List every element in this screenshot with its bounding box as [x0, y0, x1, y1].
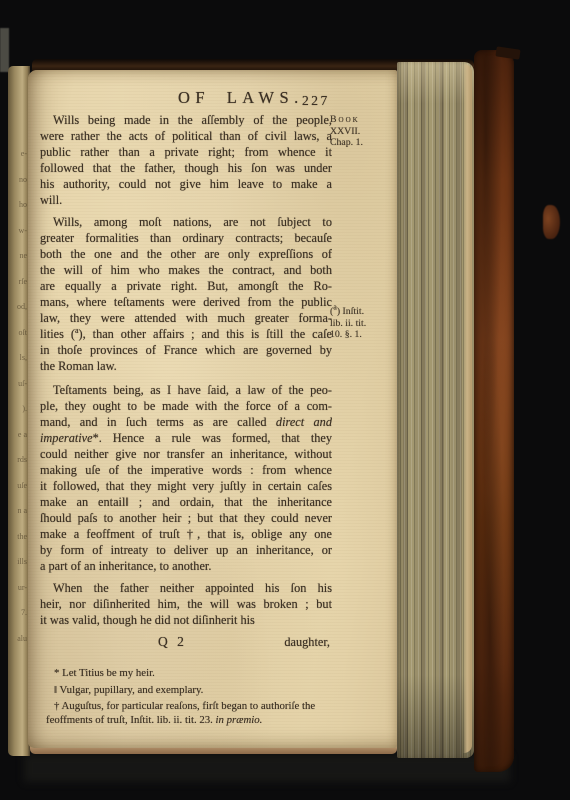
text-line: are equally a private right. But, amongſ… [40, 278, 332, 294]
text-line: his authority, could not give him leave … [40, 176, 332, 192]
paragraph: Wills being made in the aſſembly of the … [40, 112, 332, 208]
text-line: were rather the acts of political than o… [40, 128, 332, 144]
facing-page-text-fragment: uſ- [18, 380, 27, 388]
facing-page-text-fragment: uſe [17, 482, 27, 490]
text-line: imperative*. Hence a rule was formed, th… [40, 430, 332, 446]
facing-page-text-fragment: oſt [19, 329, 27, 337]
running-header-title: OF LAWS. [178, 90, 304, 106]
facing-page-text-fragment: ills [17, 558, 27, 566]
paragraph: When the father neither appointed his ſo… [40, 580, 332, 628]
text-line: followed that the father, though his ſon… [40, 160, 332, 176]
text-line: the will of him who makes the contract, … [40, 262, 332, 278]
book-bottom-shadow [24, 754, 510, 782]
text-line: make a feoffment of truſt †, that is, ob… [40, 526, 332, 542]
leather-cover [474, 50, 514, 772]
margin-note-line: 10. §. 1. [330, 329, 396, 341]
facing-page-text-fragment: ho [19, 201, 27, 209]
footnote-line: * Let Titius be my heir. [46, 667, 334, 681]
footnote-line: † Auguſtus, for particular reaſons, firſ… [46, 700, 334, 714]
text-line: greater formalities than ordinary contra… [40, 230, 332, 246]
paragraph: Wills, among moſt nations, are not ſubje… [40, 214, 332, 374]
facing-page-text-fragment: alu [17, 635, 27, 643]
facing-page-text-fragment: od, [17, 303, 27, 311]
text-line: Wills being made in the aſſembly of the … [40, 112, 332, 128]
text-line: When the father neither appointed his ſo… [40, 580, 332, 596]
margin-note-line: (a) Inſtit. [330, 306, 396, 318]
text-line: by form of intreaty to deliver up an inh… [40, 542, 332, 558]
text-line: Wills, among moſt nations, are not ſubje… [40, 214, 332, 230]
text-line: in thoſe provinces of France which are g… [40, 342, 332, 358]
facing-page-text-fragment: rds [17, 456, 27, 464]
note-reference-mark: a [333, 303, 337, 312]
text-line: could neither give nor transfer an inher… [40, 446, 332, 462]
book-page: OF LAWS. 227 BookXXVII.Chap. 1. (a) Inſt… [28, 70, 397, 748]
background-object-sliver [0, 28, 9, 72]
text-line: it followed, that they might very juſtly… [40, 478, 332, 494]
text-line: the Roman law. [40, 358, 332, 374]
italic-run: in præmio. [216, 714, 263, 726]
margin-note-book-chapter: BookXXVII.Chap. 1. [330, 114, 396, 149]
text-line: law, they were attended with much greate… [40, 310, 332, 326]
footnote: ‖ Vulgar, pupillary, and exemplary. [46, 684, 334, 698]
page-number: 227 [302, 93, 330, 109]
facing-page-text-fragment: ls, [20, 354, 27, 362]
margin-note-line: XXVII. [330, 126, 396, 138]
facing-page-text-fragment: w- [19, 227, 27, 235]
footnote-line: ‖ Vulgar, pupillary, and exemplary. [46, 684, 334, 698]
text-line: heir, nor diſinherited him, the will was… [40, 596, 332, 612]
text-line: ple, they ought to be made with the forc… [40, 398, 332, 414]
text-line: will. [40, 192, 332, 208]
catchword: daughter, [284, 634, 330, 650]
italic-run: imperative [40, 431, 93, 445]
facing-page-text-fragment: ur- [18, 584, 27, 592]
facing-page-text-fragment: 7. [21, 609, 27, 617]
facing-page-edge: e-nohow-nerſeod,oſtls,uſ-).e ardsuſen at… [8, 66, 30, 756]
margin-note-line: Book [330, 114, 396, 126]
text-line: public rather than a private right; from… [40, 144, 332, 160]
text-line: ſhould paſs to another heir ; but that t… [40, 510, 332, 526]
paragraph: Teſtaments being, as I have ſaid, a law … [40, 382, 332, 574]
margin-note-line: lib. ii. tit. [330, 318, 396, 330]
page-text-block: Wills being made in the aſſembly of the … [40, 112, 332, 730]
text-line: both the one and the other are only expr… [40, 246, 332, 262]
facing-page-text-fragment: ne [19, 252, 27, 260]
page-fore-edge [397, 62, 474, 758]
signature-mark: Q 2 [158, 634, 187, 650]
footnote: * Let Titius be my heir. [46, 667, 334, 681]
margin-note-line: Chap. 1. [330, 137, 396, 149]
facing-page-text-fragment: e a [18, 431, 27, 439]
text-line: mand, and in ſuch terms as are called di… [40, 414, 332, 430]
footnote-line: feoffments of truſt, Inſtit. lib. ii. ti… [46, 714, 334, 728]
fore-edge-highlight [463, 64, 472, 753]
text-line: making uſe of the imperative words : fro… [40, 462, 332, 478]
margin-note-citation: (a) Inſtit.lib. ii. tit.10. §. 1. [330, 306, 396, 341]
facing-page-text-fragment: ). [22, 405, 27, 413]
facing-page-text-fragment: rſe [19, 278, 27, 286]
catchword-row: Q 2daughter, [40, 634, 332, 652]
text-line: lities (a), than other affairs ; and thi… [40, 326, 332, 342]
cover-clasp-nub [543, 205, 560, 239]
text-line: a part of an inheritance, to another. [40, 558, 332, 574]
footnote: † Auguſtus, for particular reaſons, firſ… [46, 700, 334, 727]
text-line: it was valid, though he did not diſinher… [40, 612, 332, 628]
text-line: make an entail‖ ; and ordain, that the i… [40, 494, 332, 510]
facing-page-text-fragment: the [17, 533, 27, 541]
facing-page-text-fragment: e- [21, 150, 27, 158]
footnotes-block: * Let Titius be my heir.‖ Vulgar, pupill… [46, 667, 334, 727]
text-line: mans, where teſtaments were derived from… [40, 294, 332, 310]
note-reference-mark: a [75, 326, 79, 335]
italic-run: direct and [276, 415, 332, 429]
text-line: Teſtaments being, as I have ſaid, a law … [40, 382, 332, 398]
book-photograph: e-nohow-nerſeod,oſtls,uſ-).e ardsuſen at… [0, 0, 570, 800]
facing-page-text-fragment: n a [17, 507, 27, 515]
facing-page-text-fragment: no [19, 176, 27, 184]
